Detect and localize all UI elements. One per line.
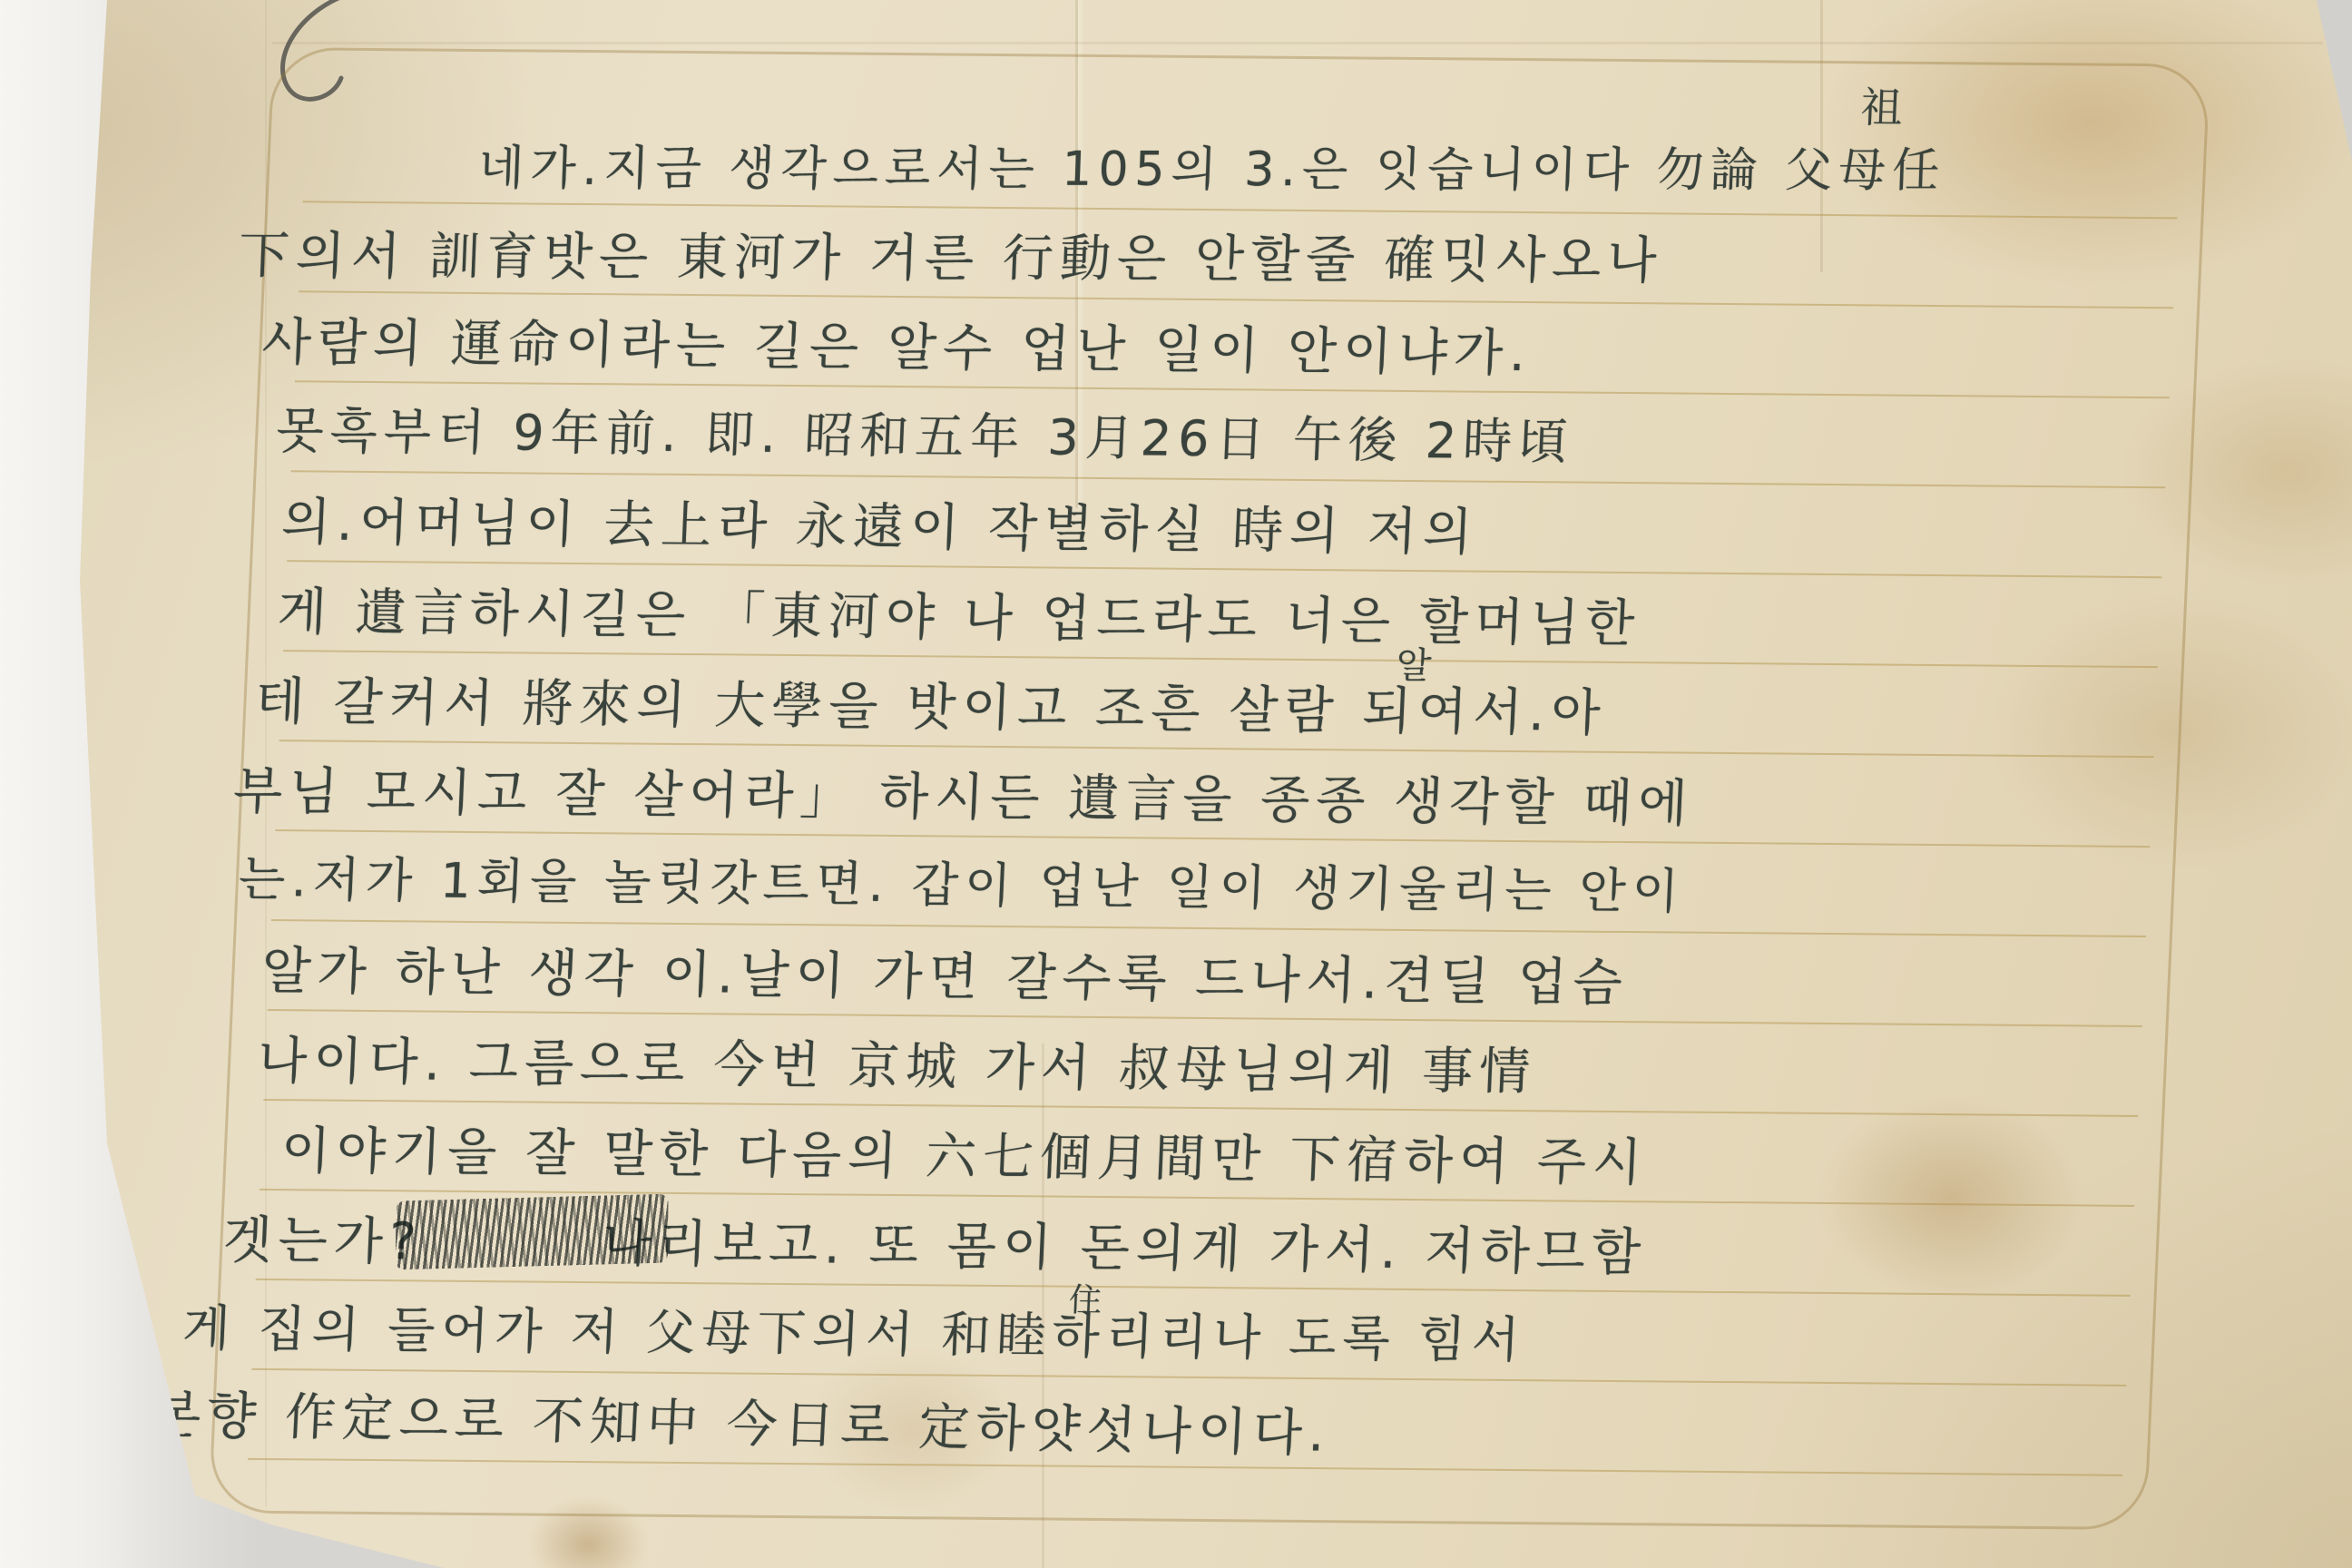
handwritten-line-3: 사람의 運命이라는 길은 알수 업난 일이 안이냐가. bbox=[260, 302, 1534, 386]
handwritten-line-5: 의.어머님이 去上라 永遠이 작별하실 時의 저의 bbox=[280, 482, 1481, 564]
scratched-out-word bbox=[396, 1194, 669, 1270]
handwritten-line-2: 下의서 訓育밧은 東河가 거른 行動은 안할줄 確밋사오나 bbox=[238, 216, 1665, 293]
letter-photograph: 네가.지금 생각으로서는 105의 3.은 잇습니이다 勿論 父母任下의서 訓育… bbox=[0, 0, 2352, 1568]
handwritten-line-15: 본향 作定으로 不知中 今日로 定하얏섯나이다. bbox=[150, 1375, 1333, 1465]
handwritten-line-6: 게 遺言하시길은 「東河야 나 업드라도 너은 할머님한 bbox=[276, 572, 1642, 656]
handwritten-line-4: 못흑부터 9年前. 即. 昭和五年 3月26日 午後 2時頃 bbox=[275, 392, 1575, 473]
handwritten-line-10: 알가 하난 생각 이.날이 가면 갈수록 드나서.견딜 업슴 bbox=[260, 931, 1631, 1015]
handwritten-line-11: 나이다. 그름으로 今번 京城 가서 叔母님의게 事情 bbox=[257, 1021, 1538, 1104]
handwriting-block: 네가.지금 생각으로서는 105의 3.은 잇습니이다 勿論 父母任下의서 訓育… bbox=[275, 50, 2208, 67]
inserted-character-al: 알 bbox=[1396, 637, 1433, 689]
letter-paper: 네가.지금 생각으로서는 105의 3.은 잇습니이다 勿論 父母任下의서 訓育… bbox=[0, 0, 2352, 1568]
handwritten-line-14: 게 집의 들어가 저 父母下의서 和睦하리리나 도록 힘서 bbox=[181, 1289, 1527, 1371]
handwritten-line-8: 부님 모시고 잘 살어라」 하시든 遺言을 종종 생각할 때에 bbox=[232, 751, 1696, 837]
inserted-character-ju: 住 bbox=[1068, 1275, 1102, 1321]
handwritten-line-9: 는.저가 1회을 놀릿갓트면. 갑이 업난 일이 생기울리는 안이 bbox=[237, 841, 1686, 923]
inserted-character-jo: 祖 bbox=[1859, 74, 1904, 134]
handwritten-line-12: 이야기을 잘 말한 다음의 六七個月間만 下宿하여 주시 bbox=[279, 1111, 1650, 1195]
stationery-margin-frame: 네가.지금 생각으로서는 105의 3.은 잇습니이다 勿論 父母任下의서 訓育… bbox=[208, 47, 2210, 1530]
paper-crease bbox=[272, 42, 2323, 44]
handwritten-line-1: 네가.지금 생각으로서는 105의 3.은 잇습니이다 勿論 父母任 bbox=[477, 130, 1947, 201]
ruled-lines bbox=[275, 50, 2208, 67]
